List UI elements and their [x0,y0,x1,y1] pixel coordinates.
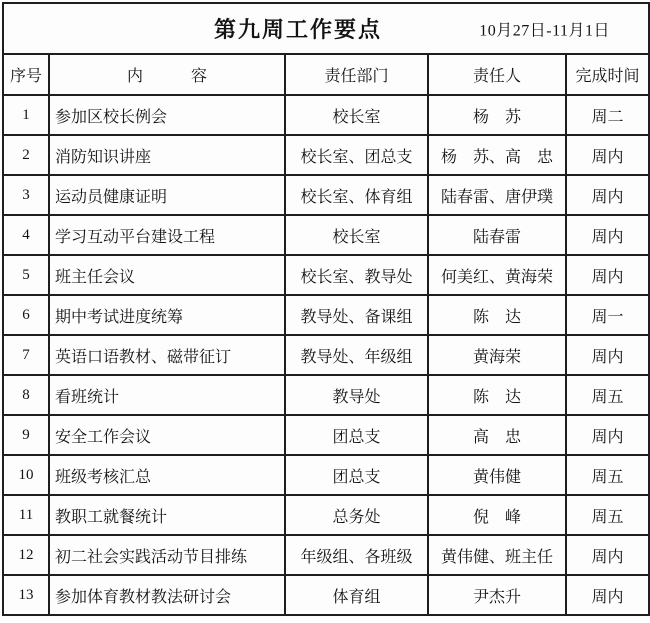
cell-person: 黄伟健 [428,455,566,495]
cell-num: 9 [3,415,49,455]
cell-time: 周二 [566,95,649,135]
table-body: 1参加区校长例会校长室杨 苏周二2消防知识讲座校长室、团总支杨 苏、高 忠周内3… [3,95,649,615]
cell-person: 杨 苏 [428,95,566,135]
column-header-dept: 责任部门 [285,54,428,95]
cell-dept: 校长室 [285,215,428,255]
cell-content: 消防知识讲座 [49,135,285,175]
cell-person: 杨 苏、高 忠 [428,135,566,175]
column-header-num: 序号 [3,54,49,95]
table-row: 5班主任会议校长室、教导处何美红、黄海荣周内 [3,255,649,295]
table-row: 4学习互动平台建设工程校长室陆春雷周内 [3,215,649,255]
cell-dept: 总务处 [285,495,428,535]
cell-content: 看班统计 [49,375,285,415]
table-row: 1参加区校长例会校长室杨 苏周二 [3,95,649,135]
cell-time: 周内 [566,575,649,615]
cell-time: 周内 [566,175,649,215]
cell-person: 陈 达 [428,295,566,335]
title-cell: 第九周工作要点 10月27日-11月1日 [3,3,649,54]
cell-content: 班主任会议 [49,255,285,295]
date-range: 10月27日-11月1日 [479,17,610,40]
cell-time: 周内 [566,135,649,175]
cell-content: 学习互动平台建设工程 [49,215,285,255]
cell-dept: 校长室、教导处 [285,255,428,295]
cell-dept: 教导处、年级组 [285,335,428,375]
cell-num: 11 [3,495,49,535]
table-row: 9安全工作会议团总支高 忠周内 [3,415,649,455]
table-row: 11教职工就餐统计总务处倪 峰周五 [3,495,649,535]
cell-content: 运动员健康证明 [49,175,285,215]
cell-num: 13 [3,575,49,615]
cell-person: 何美红、黄海荣 [428,255,566,295]
cell-num: 3 [3,175,49,215]
table-row: 3运动员健康证明校长室、体育组陆春雷、唐伊璞周内 [3,175,649,215]
cell-dept: 团总支 [285,455,428,495]
cell-num: 8 [3,375,49,415]
cell-person: 陆春雷、唐伊璞 [428,175,566,215]
table-row: 2消防知识讲座校长室、团总支杨 苏、高 忠周内 [3,135,649,175]
cell-dept: 校长室、团总支 [285,135,428,175]
cell-num: 6 [3,295,49,335]
cell-person: 尹杰升 [428,575,566,615]
cell-person: 黄海荣 [428,335,566,375]
cell-person: 高 忠 [428,415,566,455]
cell-content: 初二社会实践活动节目排练 [49,535,285,575]
page-title: 第九周工作要点 [214,13,382,44]
cell-time: 周内 [566,535,649,575]
cell-dept: 教导处 [285,375,428,415]
cell-dept: 年级组、各班级 [285,535,428,575]
table-row: 8看班统计教导处陈 达周五 [3,375,649,415]
table-row: 10班级考核汇总团总支黄伟健周五 [3,455,649,495]
table-header-row: 序号内 容责任部门责任人完成时间 [3,54,649,95]
cell-content: 教职工就餐统计 [49,495,285,535]
cell-person: 倪 峰 [428,495,566,535]
cell-person: 黄伟健、班主任 [428,535,566,575]
cell-dept: 教导处、备课组 [285,295,428,335]
cell-num: 5 [3,255,49,295]
cell-content: 班级考核汇总 [49,455,285,495]
table-row: 13参加体育教材教法研讨会体育组尹杰升周内 [3,575,649,615]
cell-time: 周五 [566,495,649,535]
cell-num: 10 [3,455,49,495]
cell-time: 周内 [566,255,649,295]
column-header-content: 内 容 [49,54,285,95]
cell-num: 2 [3,135,49,175]
table-row: 7英语口语教材、磁带征订教导处、年级组黄海荣周内 [3,335,649,375]
table-row: 12初二社会实践活动节目排练年级组、各班级黄伟健、班主任周内 [3,535,649,575]
cell-content: 期中考试进度统筹 [49,295,285,335]
column-header-time: 完成时间 [566,54,649,95]
cell-time: 周内 [566,215,649,255]
cell-dept: 体育组 [285,575,428,615]
cell-person: 陆春雷 [428,215,566,255]
cell-time: 周一 [566,295,649,335]
column-header-person: 责任人 [428,54,566,95]
cell-dept: 校长室、体育组 [285,175,428,215]
cell-num: 12 [3,535,49,575]
cell-dept: 校长室 [285,95,428,135]
cell-time: 周五 [566,375,649,415]
cell-dept: 团总支 [285,415,428,455]
cell-person: 陈 达 [428,375,566,415]
cell-time: 周内 [566,335,649,375]
title-row: 第九周工作要点 10月27日-11月1日 [3,3,649,54]
cell-time: 周五 [566,455,649,495]
cell-content: 参加体育教材教法研讨会 [49,575,285,615]
worksheet: 第九周工作要点 10月27日-11月1日 序号内 容责任部门责任人完成时间 1参… [2,2,648,617]
cell-content: 英语口语教材、磁带征订 [49,335,285,375]
cell-time: 周内 [566,415,649,455]
cell-num: 1 [3,95,49,135]
cell-num: 7 [3,335,49,375]
cell-content: 安全工作会议 [49,415,285,455]
cell-num: 4 [3,215,49,255]
cell-content: 参加区校长例会 [49,95,285,135]
work-points-table: 第九周工作要点 10月27日-11月1日 序号内 容责任部门责任人完成时间 1参… [2,2,650,616]
table-row: 6期中考试进度统筹教导处、备课组陈 达周一 [3,295,649,335]
